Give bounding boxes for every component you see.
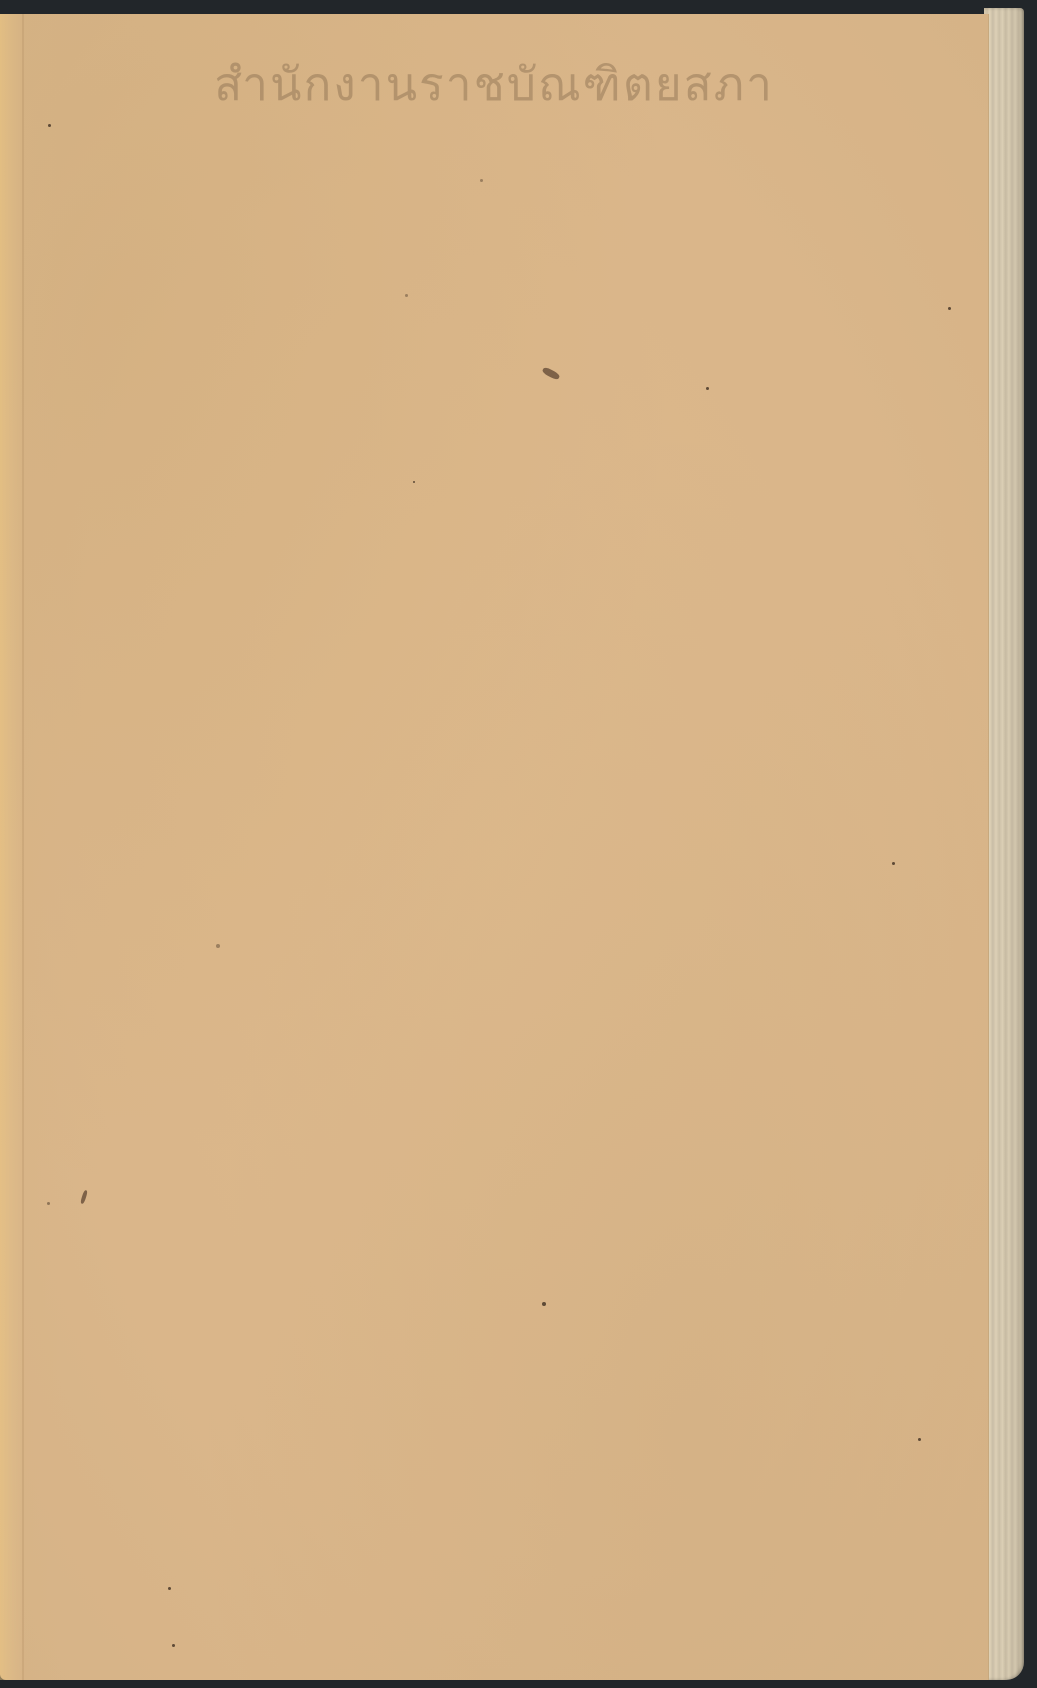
- page-edges-stack: [984, 8, 1024, 1680]
- speck: [47, 1202, 50, 1205]
- scan-background: สำนักงานราชบัณฑิตยสภา: [0, 0, 1037, 1688]
- speck: [948, 307, 951, 310]
- speck: [892, 862, 895, 865]
- speck: [480, 179, 483, 182]
- ink-mark: [80, 1190, 88, 1205]
- speck: [918, 1438, 921, 1441]
- speck: [405, 294, 408, 297]
- watermark-text: สำนักงานราชบัณฑิตยสภา: [0, 48, 988, 121]
- speck: [168, 1587, 171, 1590]
- speck: [48, 124, 51, 127]
- speck: [216, 944, 220, 948]
- blank-page: สำนักงานราชบัณฑิตยสภา: [0, 14, 988, 1680]
- speck: [413, 481, 415, 483]
- ink-mark: [541, 366, 560, 381]
- speck: [706, 387, 709, 390]
- speck: [542, 1302, 546, 1306]
- speck: [172, 1644, 175, 1647]
